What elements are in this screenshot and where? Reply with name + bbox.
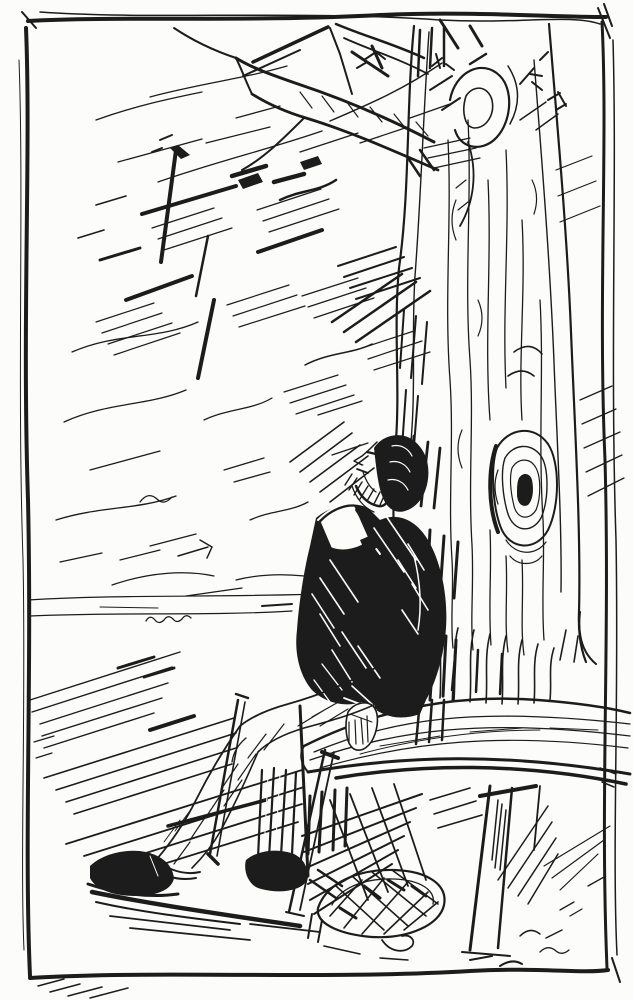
bark-swirl — [450, 54, 518, 147]
knot-hole — [493, 431, 557, 564]
plaid-bag — [308, 870, 445, 960]
illustration-figure: pen-and-ink book illustration — [0, 0, 633, 1000]
shoe-back — [245, 851, 307, 892]
mouth — [357, 469, 368, 473]
illustration-canvas: pen-and-ink book illustration — [0, 0, 633, 1000]
bench-shadow — [302, 784, 536, 914]
bench — [286, 699, 630, 956]
sky-sketch-lines — [96, 27, 566, 182]
tree-branches — [174, 20, 558, 226]
ground-right — [470, 768, 616, 966]
